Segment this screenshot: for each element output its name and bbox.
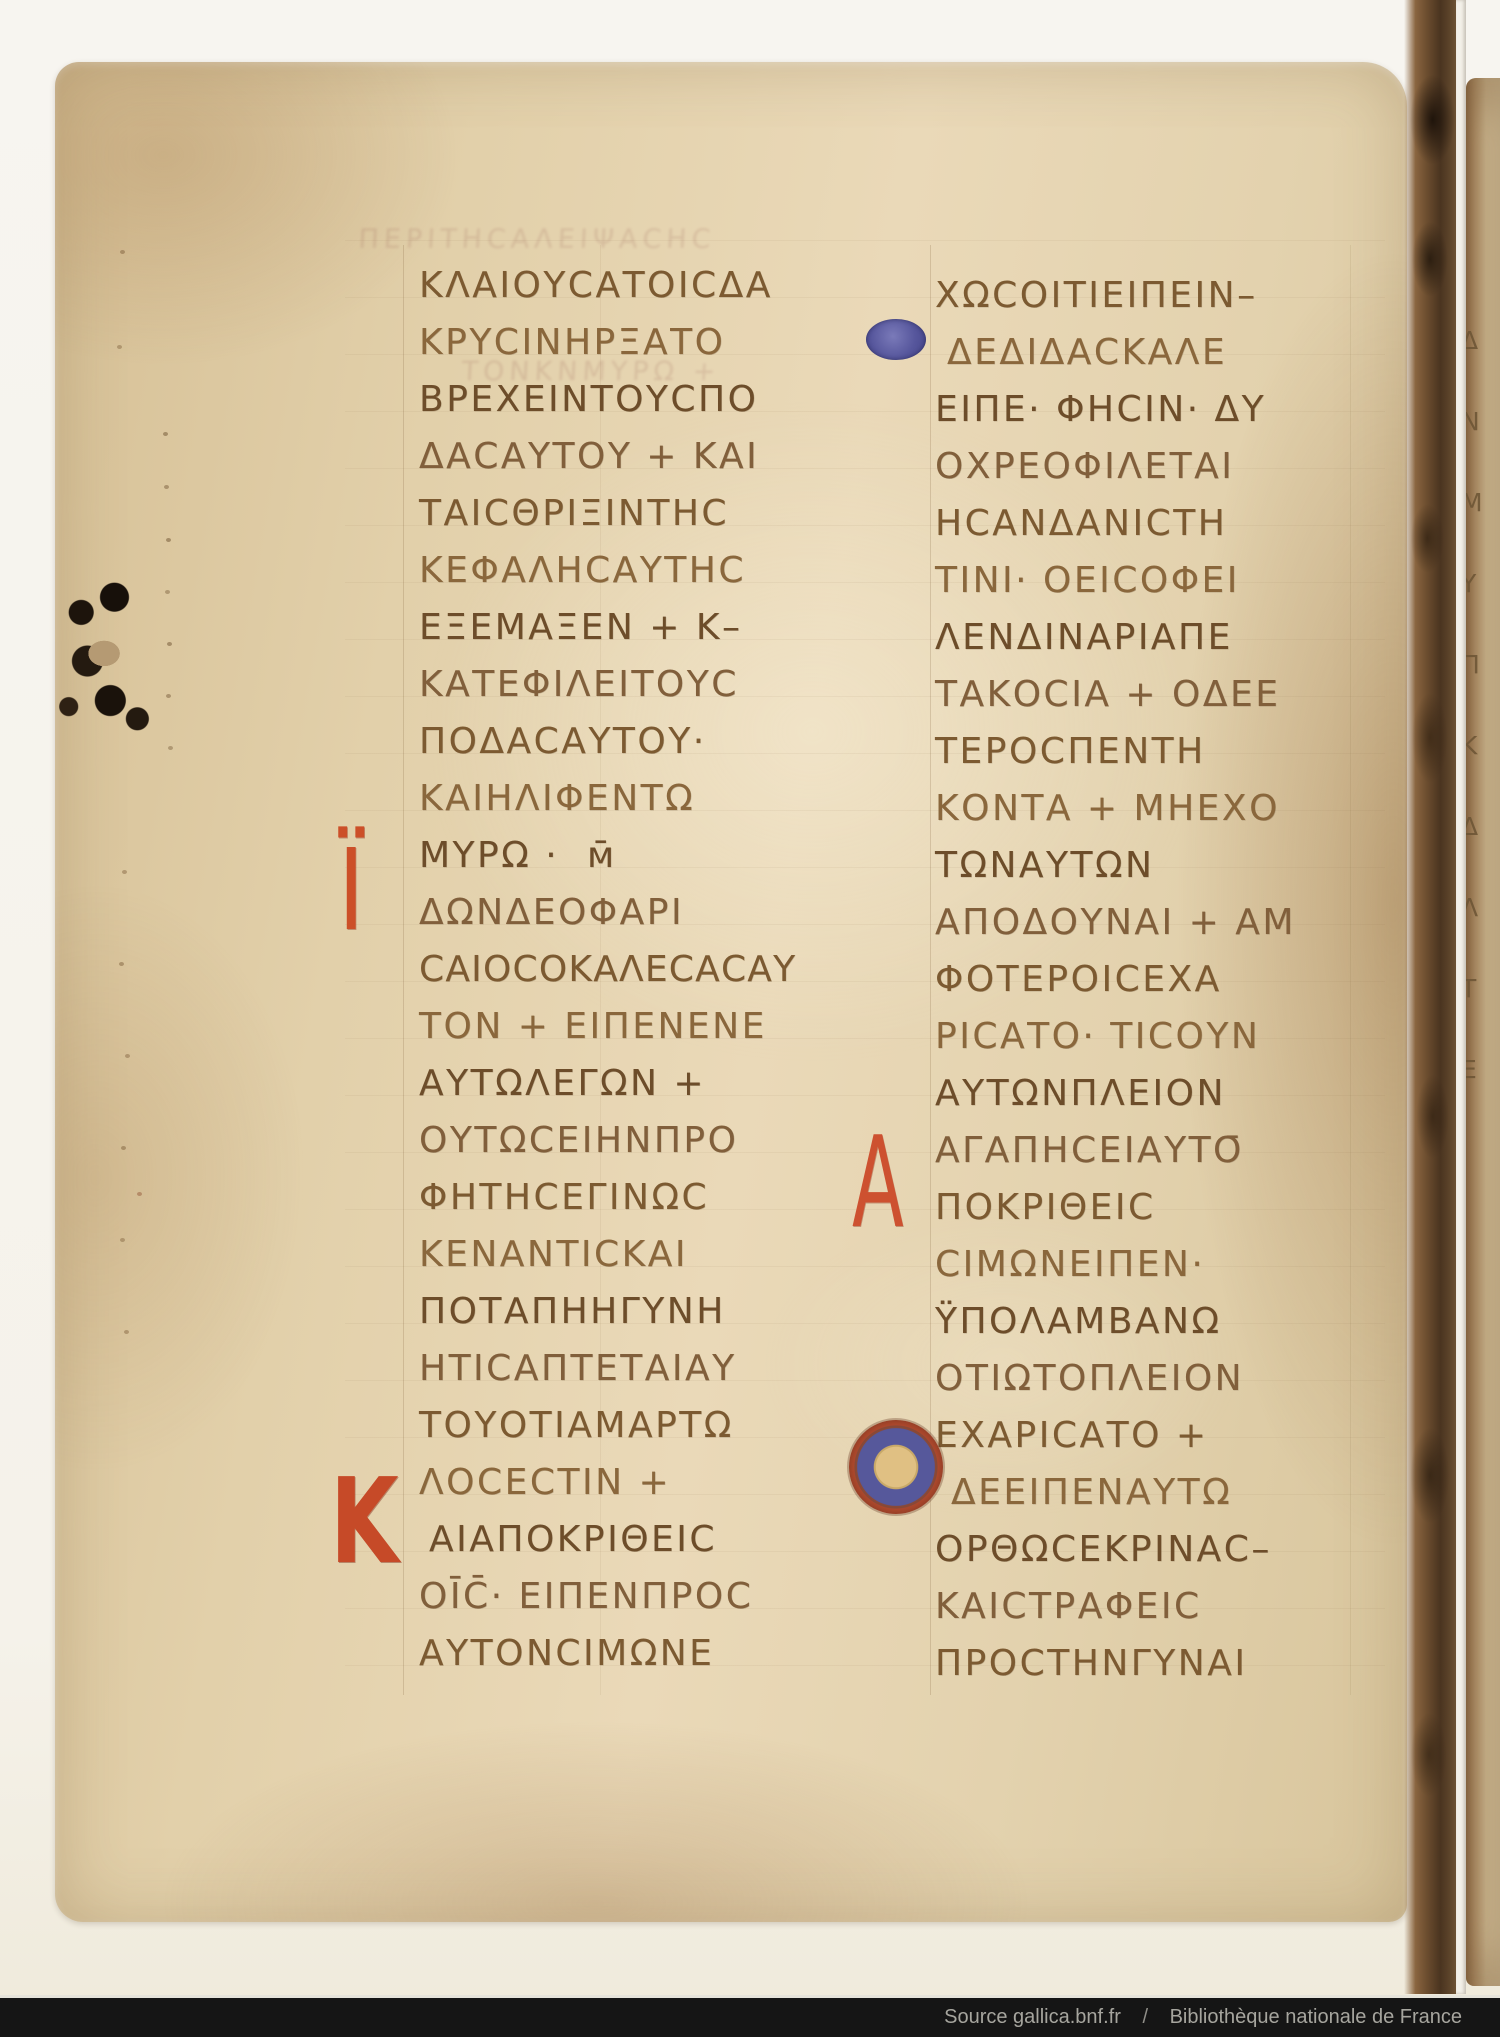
text-line: ΚΡΥCΙΝΗΡΞΑΤΟ xyxy=(419,314,796,371)
text-line: ΛΕΝΔΙΝΑΡΙΑΠΕ xyxy=(935,609,1296,666)
showthrough-line: ΠΕΡΙΤΗCΑΛΕΙΨΑCΗC xyxy=(357,218,728,262)
facing-page-letter: Τ xyxy=(1466,948,1483,1029)
text-line: ΑΠΟΔΟΥΝΑΙ + ΑΜ xyxy=(935,894,1296,951)
binding-gutter xyxy=(1404,0,1456,1994)
red-initial-iota: Ϊ xyxy=(338,835,364,947)
text-line: ΟΡΘΩCΕΚΡΙΝΑC– xyxy=(935,1521,1296,1578)
text-line: ΟΥΤΩCΕΙΗΝΠΡΟ xyxy=(419,1112,796,1169)
text-line: ΤΕΡΟCΠΕΝΤΗ xyxy=(935,723,1296,780)
text-line: ΒΡΕΧΕΙΝΤΟΥCΠΟ xyxy=(419,371,796,428)
facing-page-letter: Ε xyxy=(1466,1029,1483,1110)
left-text-column: ΚΛΑΙΟΥCΑΤΟΙCΔΑΚΡΥCΙΝΗΡΞΑΤΟΒΡΕΧΕΙΝΤΟΥCΠΟΔ… xyxy=(419,257,796,1682)
facing-page-letter: Μ xyxy=(1466,462,1483,543)
text-line: ΤΩΝΑΥΤΩΝ xyxy=(935,837,1296,894)
facing-page-edge: ΔΝΜΥΠΚΔΛΤΕΙ xyxy=(1466,78,1500,1986)
text-line: ΤΑΙCΘΡΙΞΙΝΤΗC xyxy=(419,485,796,542)
text-line: ΔΕΕΙΠΕΝΑΥΤΩ xyxy=(935,1464,1296,1521)
facing-page-letter: Δ xyxy=(1466,300,1483,381)
text-line: ΑΓΑΠΗCΕΙΑΥΤΟ̄ xyxy=(935,1122,1296,1179)
footer-source-label: Source gallica.bnf.fr xyxy=(944,1998,1121,2036)
text-line: ΟΧΡΕΟΦΙΛΕΤΑΙ xyxy=(935,438,1296,495)
ruling-vertical-margin xyxy=(1350,245,1351,1695)
red-initial-alpha: Α xyxy=(852,1120,904,1246)
text-line: ΤΙΝΙ· ΟΕΙCΟΦΕΙ xyxy=(935,552,1296,609)
page-gap xyxy=(1456,0,1466,1994)
text-line: ΔΑCΑΥΤΟΥ + ΚΑΙ xyxy=(419,428,796,485)
footer-bar: Source gallica.bnf.fr / Bibliothèque nat… xyxy=(0,1995,1500,2037)
text-line: ΠΟΔΑCΑΥΤΟΥ· xyxy=(419,713,796,770)
footer-divider: / xyxy=(1142,1998,1148,2036)
text-line: ΤΟΝ + ΕΙΠΕΝΕΝΕ xyxy=(419,998,796,1055)
text-line: ΕΞΕΜΑΞΕΝ + Κ– xyxy=(419,599,796,656)
scanned-manuscript-photo: ΠΕΡΙΤΗCΑΛΕΙΨΑCΗC ΤΟΝΚΝΜΥΡΩ + ΚΛΑΙΟΥCΑΤΟΙ… xyxy=(0,0,1500,2037)
text-line: ΠΡΟCΤΗΝΓΥΝΑΙ xyxy=(935,1635,1296,1692)
facing-page-letters: ΔΝΜΥΠΚΔΛΤΕΙ xyxy=(1468,300,1483,1191)
text-line: ΚΟΝΤΑ + ΜΗΕΧΟ xyxy=(935,780,1296,837)
text-line: ΚΑΙΗΛΙΦΕΝΤΩ xyxy=(419,770,796,827)
text-line: ΚΑΤΕΦΙΛΕΙΤΟΥC xyxy=(419,656,796,713)
text-line: ΦΗΤΗCΕΓΙΝΩC xyxy=(419,1169,796,1226)
text-line: ΑΥΤΟΝCΙΜΩΝΕ xyxy=(419,1625,796,1682)
text-line: CΙΜΩΝΕΙΠΕΝ· xyxy=(935,1236,1296,1293)
text-line: ΚΕΦΑΛΗCΑΥΤΗC xyxy=(419,542,796,599)
text-line: ΕΙΠΕ· ΦΗCΙΝ· ΔΥ xyxy=(935,381,1296,438)
text-line: ΚΕΝΑΝΤΙCΚΑΙ xyxy=(419,1226,796,1283)
facing-page-letter: Ι xyxy=(1466,1110,1483,1191)
text-line: ΑΥΤΩΝΠΛΕΙΟΝ xyxy=(935,1065,1296,1122)
footer-institution-label: Bibliothèque nationale de France xyxy=(1170,1998,1462,2036)
text-line: ΡΙCΑΤΟ· ΤΙCΟΥΝ xyxy=(935,1008,1296,1065)
text-line: ΦΟΤΕΡΟΙCΕΧΑ xyxy=(935,951,1296,1008)
text-line: ΫΠΟΛΑΜΒΑΝΩ xyxy=(935,1293,1296,1350)
rosette-initial-omicron xyxy=(849,1420,943,1514)
text-line: CΑΙΟCΟΚΑΛΕCΑCΑΥ xyxy=(419,941,796,998)
text-line: ΤΟΥΟΤΙΑΜΑΡΤΩ xyxy=(419,1397,796,1454)
facing-page-letter: Π xyxy=(1466,624,1483,705)
text-line: ΔΕΔΙΔΑCΚΑΛΕ xyxy=(935,324,1296,381)
text-line: ΤΑΚΟCΙΑ + ΟΔΕΕ xyxy=(935,666,1296,723)
facing-page-letter: Δ xyxy=(1466,786,1483,867)
text-line: ΗΤΙCΑΠΤΕΤΑΙΑΥ xyxy=(419,1340,796,1397)
right-text-column: ΧΩCΟΙΤΙΕΙΠΕΙΝ–ΔΕΔΙΔΑCΚΑΛΕΕΙΠΕ· ΦΗCΙΝ· ΔΥ… xyxy=(935,267,1296,1692)
text-line: ΑΥΤΩΛΕΓΩΝ + xyxy=(419,1055,796,1112)
facing-page-letter: Ν xyxy=(1466,381,1483,462)
text-line: ΜΥΡΩ · м̄ xyxy=(419,827,796,884)
text-line: ΑΙΑΠΟΚΡΙΘΕΙC xyxy=(419,1511,796,1568)
text-line: ΔΩΝΔΕΟΦΑΡΙ xyxy=(419,884,796,941)
text-line: ΚΑΙCΤΡΑΦΕΙC xyxy=(935,1578,1296,1635)
red-initial-kappa: Κ xyxy=(330,1462,399,1580)
text-line: ΠΟΚΡΙΘΕΙC xyxy=(935,1179,1296,1236)
text-line: ΠΟΤΑΠΗΗΓΥΝΗ xyxy=(419,1283,796,1340)
facing-page-letter: Υ xyxy=(1466,543,1483,624)
text-line: ΛΟCΕCΤΙΝ + xyxy=(419,1454,796,1511)
text-line: ΟΤΙΩΤΟΠΛΕΙΟΝ xyxy=(935,1350,1296,1407)
facing-page-letter: Κ xyxy=(1466,705,1483,786)
text-line: ΗCΑΝΔΑΝΙCΤΗ xyxy=(935,495,1296,552)
text-line: ΧΩCΟΙΤΙΕΙΠΕΙΝ– xyxy=(935,267,1296,324)
margin-specks xyxy=(0,0,5,4)
text-line: ΟῙC̄· ΕΙΠΕΝΠΡΟC xyxy=(419,1568,796,1625)
facing-page-letter: Λ xyxy=(1466,867,1483,948)
text-line: ΚΛΑΙΟΥCΑΤΟΙCΔΑ xyxy=(419,257,796,314)
text-line: ΕΧΑΡΙCΑΤΟ + xyxy=(935,1407,1296,1464)
blue-bead-ornament xyxy=(866,319,926,360)
